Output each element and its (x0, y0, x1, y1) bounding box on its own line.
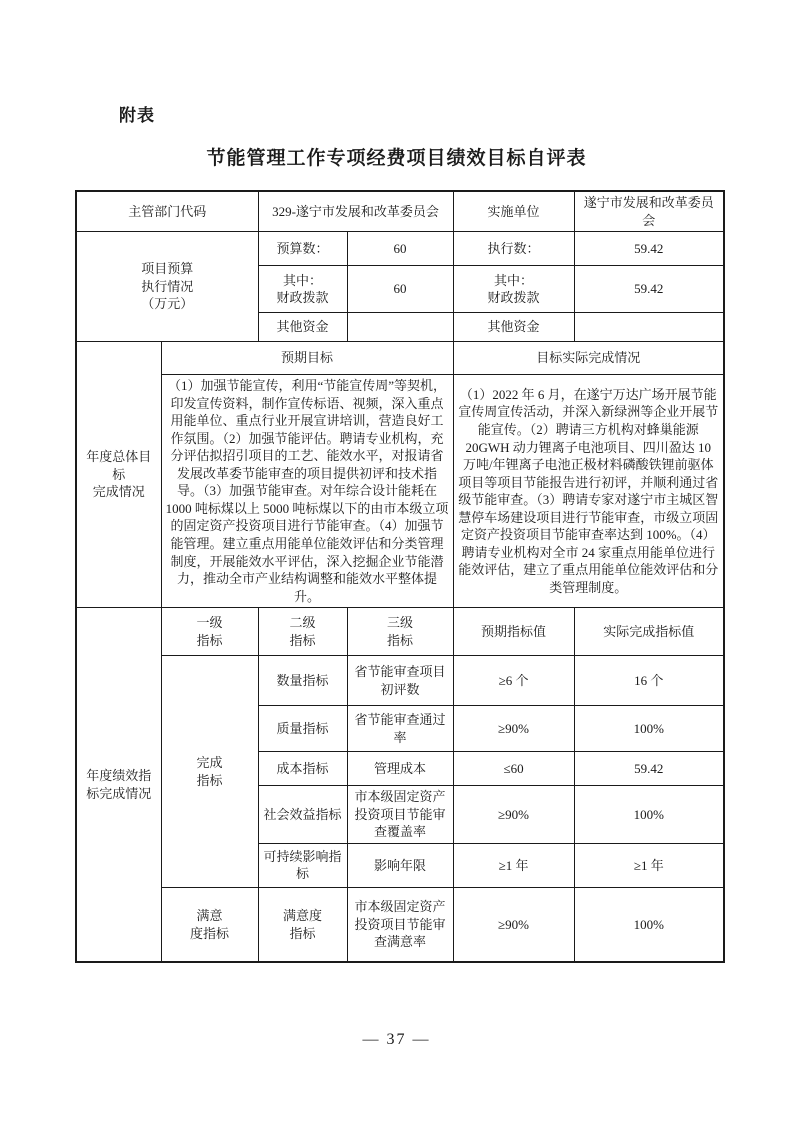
indicator-level2: 数量指标 (258, 656, 347, 706)
indicator-expected: ≥90% (453, 706, 574, 752)
execution-other-label: 其他资金 (453, 313, 574, 342)
satisfaction-group-label: 满意 度指标 (161, 887, 258, 962)
execution-fiscal-label: 其中： 财政拨款 (453, 266, 574, 313)
execution-other-value (574, 313, 724, 342)
actual-goal-header: 目标实际完成情况 (453, 342, 724, 375)
execution-value: 59.42 (574, 232, 724, 266)
page-title: 节能管理工作专项经费项目绩效目标自评表 (0, 143, 793, 170)
table-row: 主管部门代码 329-遂宁市发展和改革委员会 实施单位 遂宁市发展和改革委员会 (76, 191, 724, 232)
indicator-actual: 100% (574, 706, 724, 752)
indicator-expected: ≥90% (453, 887, 574, 962)
indicator-level3: 省节能审查通过 率 (347, 706, 453, 752)
header-level3: 三级 指标 (347, 608, 453, 656)
header-expected-value: 预期指标值 (453, 608, 574, 656)
budget-fiscal-label: 其中： 财政拨款 (258, 266, 347, 313)
dept-code-value: 329-遂宁市发展和改革委员会 (258, 191, 453, 232)
budget-value: 60 (347, 232, 453, 266)
header-level2: 二级 指标 (258, 608, 347, 656)
impl-unit-value: 遂宁市发展和改革委员会 (574, 191, 724, 232)
indicator-expected: ≥90% (453, 786, 574, 844)
actual-goal-text: （1）2022 年 6 月，在遂宁万达广场开展节能宣传周宣传活动，并深入新绿洲等… (453, 375, 724, 608)
indicator-level2: 满意度 指标 (258, 887, 347, 962)
indicator-expected: ≤60 (453, 752, 574, 786)
document-page: 附表 节能管理工作专项经费项目绩效目标自评表 主管部门代码 329-遂宁市发展和… (0, 0, 793, 1122)
indicator-level3: 管理成本 (347, 752, 453, 786)
budget-section-label: 项目预算 执行情况 （万元） (76, 232, 258, 342)
completion-group-label: 完成 指标 (161, 656, 258, 888)
budget-fiscal-value: 60 (347, 266, 453, 313)
header-level1: 一级 指标 (161, 608, 258, 656)
dept-code-label: 主管部门代码 (76, 191, 258, 232)
expected-goal-text: （1）加强节能宣传，利用“节能宣传周”等契机，印发宣传资料，制作宣传标语、视频，… (161, 375, 453, 608)
indicator-level2: 成本指标 (258, 752, 347, 786)
indicator-level2: 质量指标 (258, 706, 347, 752)
self-evaluation-table: 主管部门代码 329-遂宁市发展和改革委员会 实施单位 遂宁市发展和改革委员会 … (75, 190, 725, 963)
indicator-actual: 16 个 (574, 656, 724, 706)
indicator-expected: ≥1 年 (453, 843, 574, 887)
execution-fiscal-value: 59.42 (574, 266, 724, 313)
table-row: （1）加强节能宣传，利用“节能宣传周”等契机，印发宣传资料，制作宣传标语、视频，… (76, 375, 724, 608)
execution-label: 执行数： (453, 232, 574, 266)
indicator-level3: 市本级固定资产 投资项目节能审 查覆盖率 (347, 786, 453, 844)
budget-other-label: 其他资金 (258, 313, 347, 342)
expected-goal-header: 预期目标 (161, 342, 453, 375)
indicator-level3: 影响年限 (347, 843, 453, 887)
indicator-level3: 市本级固定资产 投资项目节能审 查满意率 (347, 887, 453, 962)
table-row: 满意 度指标 满意度 指标 市本级固定资产 投资项目节能审 查满意率 ≥90% … (76, 887, 724, 962)
header-actual-value: 实际完成指标值 (574, 608, 724, 656)
indicator-actual: ≥1 年 (574, 843, 724, 887)
indicator-expected: ≥6 个 (453, 656, 574, 706)
indicator-actual: 100% (574, 786, 724, 844)
budget-label: 预算数： (258, 232, 347, 266)
indicators-section-label: 年度绩效指 标完成情况 (76, 608, 161, 963)
table-row: 完成 指标 数量指标 省节能审查项目 初评数 ≥6 个 16 个 (76, 656, 724, 706)
table-row: 年度总体目 标 完成情况 预期目标 目标实际完成情况 (76, 342, 724, 375)
page-number: — 37 — (0, 1031, 793, 1049)
impl-unit-label: 实施单位 (453, 191, 574, 232)
annual-goal-section-label: 年度总体目 标 完成情况 (76, 342, 161, 608)
table-row: 年度绩效指 标完成情况 一级 指标 二级 指标 三级 指标 预期指标值 实际完成… (76, 608, 724, 656)
indicator-level3: 省节能审查项目 初评数 (347, 656, 453, 706)
budget-other-value (347, 313, 453, 342)
indicator-actual: 100% (574, 887, 724, 962)
table-row: 项目预算 执行情况 （万元） 预算数： 60 执行数： 59.42 (76, 232, 724, 266)
indicator-level2: 可持续影响指 标 (258, 843, 347, 887)
annex-label: 附表 (119, 101, 155, 126)
indicator-level2: 社会效益指标 (258, 786, 347, 844)
indicator-actual: 59.42 (574, 752, 724, 786)
